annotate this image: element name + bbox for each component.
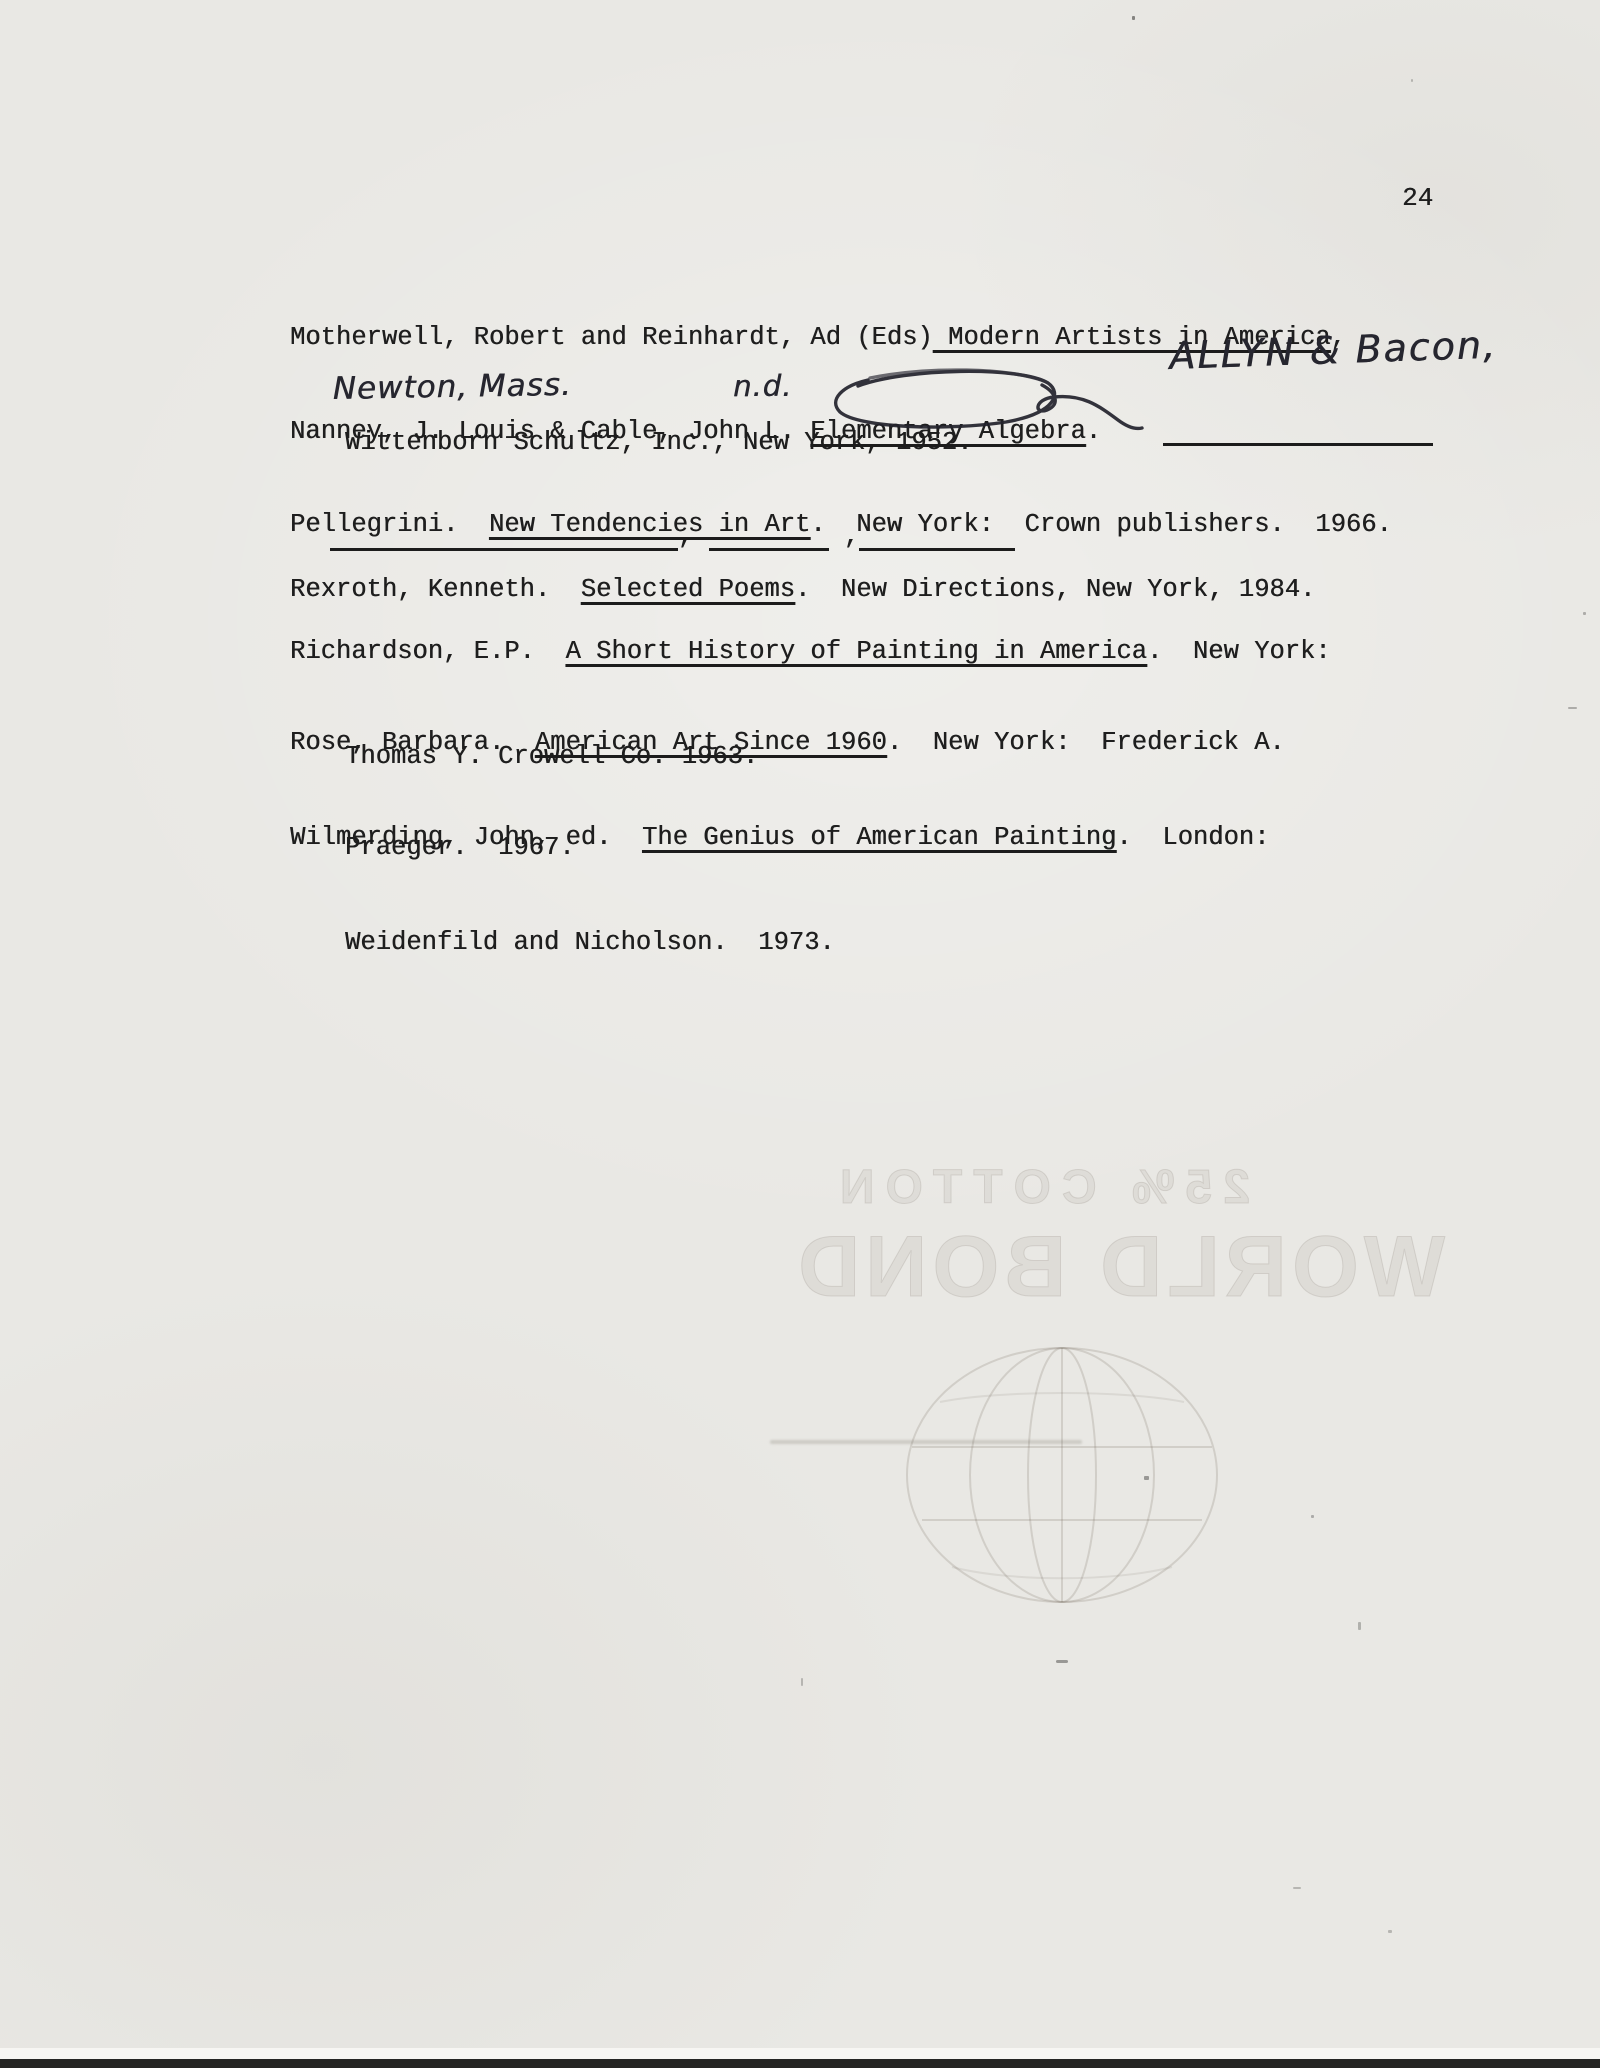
deletion-scribble bbox=[806, 362, 1156, 444]
watermark-globe bbox=[900, 1342, 1224, 1612]
watermark-brand-text: WORLD BOND bbox=[687, 1218, 1445, 1317]
scan-speck bbox=[1411, 79, 1413, 82]
scan-speck bbox=[1568, 707, 1577, 709]
scanned-document-page: 24 Motherwell, Robert and Reinhardt, Ad … bbox=[0, 0, 1600, 2068]
typed-text: . London: bbox=[1116, 823, 1269, 852]
typed-text: Wilmerding, John, ed. bbox=[290, 823, 642, 852]
handwritten-date: n.d. bbox=[733, 369, 792, 403]
scan-speck bbox=[1358, 1622, 1361, 1630]
scan-speck bbox=[1311, 1515, 1314, 1518]
scan-speck bbox=[1132, 16, 1135, 20]
scan-speck bbox=[1056, 1660, 1068, 1663]
entry-wilmerding: Wilmerding, John, ed. The Genius of Amer… bbox=[290, 750, 1540, 1030]
scan-speck bbox=[801, 1678, 803, 1686]
book-title-underlined: The Genius of American Painting bbox=[642, 823, 1116, 852]
handwritten-city-state: Newton, Mass. bbox=[332, 367, 572, 407]
typed-text: Weidenfild and Nicholson. 1973. bbox=[345, 928, 835, 957]
page-number: 24 bbox=[1402, 183, 1433, 213]
scan-speck bbox=[1388, 1930, 1392, 1933]
entry-line: Weidenfild and Nicholson. 1973. bbox=[345, 925, 1540, 960]
entry-line: Wilmerding, John, ed. The Genius of Amer… bbox=[290, 820, 1540, 855]
scan-speck bbox=[1293, 1887, 1301, 1889]
watermark-cotton-text: 25% COTTON bbox=[780, 1160, 1250, 1215]
scan-speck bbox=[1583, 612, 1586, 615]
scan-edge-black bbox=[0, 2059, 1600, 2068]
scan-speck bbox=[1144, 1476, 1149, 1480]
watermark-smudge bbox=[770, 1440, 1082, 1444]
